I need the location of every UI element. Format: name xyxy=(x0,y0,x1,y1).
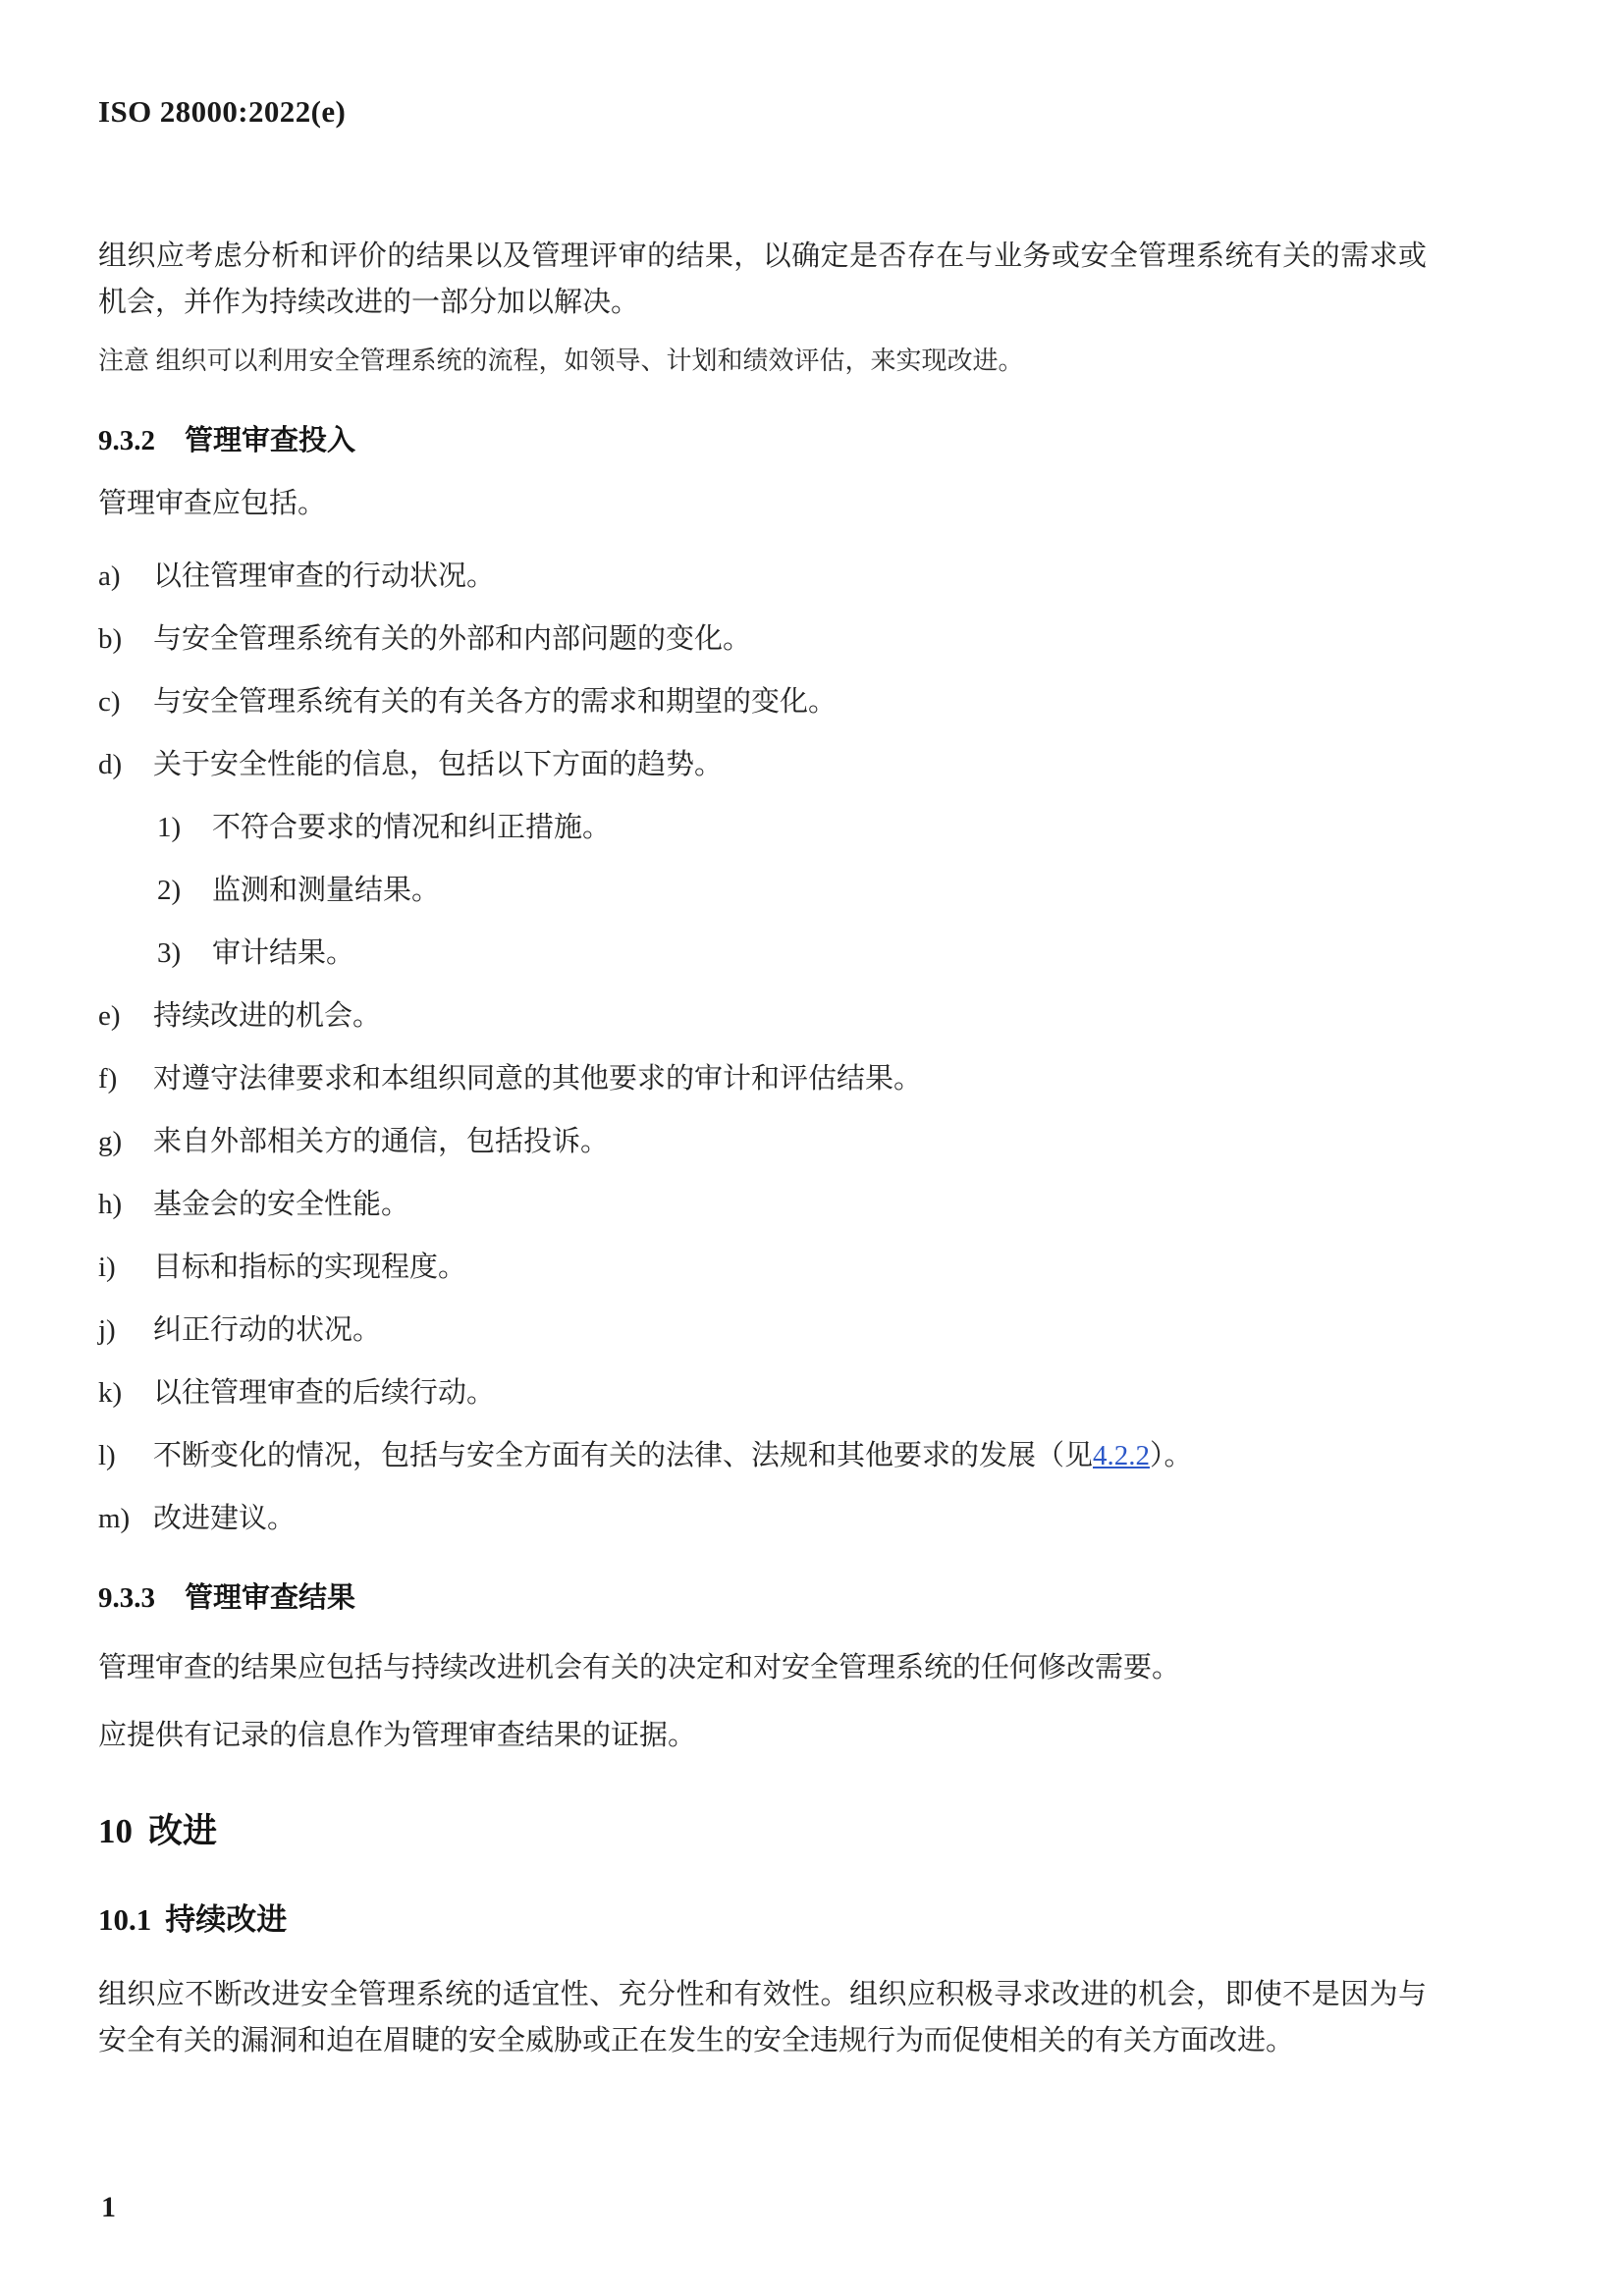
list-item-h: h) 基金会的安全性能。 xyxy=(98,1185,1427,1224)
clause-title: 持续改进 xyxy=(165,1902,287,1937)
list-marker: l) xyxy=(98,1436,153,1475)
list-item-k: k) 以往管理审查的后续行动。 xyxy=(98,1373,1427,1413)
list-marker: f) xyxy=(98,1059,153,1098)
list-item-text: 不断变化的情况，包括与安全方面有关的法律、法规和其他要求的发展（见4.2.2）。 xyxy=(153,1436,1427,1475)
list-marker: h) xyxy=(98,1185,153,1224)
clause-link-4-2-2[interactable]: 4.2.2 xyxy=(1093,1440,1150,1471)
heading-10-1: 10.1持续改进 xyxy=(98,1895,1427,1939)
list-item-text: 审计结果。 xyxy=(212,934,1427,973)
list-marker: i) xyxy=(98,1248,153,1287)
list-marker: a) xyxy=(98,557,153,596)
list-item-text: 以往管理审查的后续行动。 xyxy=(153,1373,1427,1413)
list-item-text-after-link: ）。 xyxy=(1150,1440,1193,1471)
paragraph-10-1: 组织应不断改进安全管理系统的适宜性、充分性和有效性。组织应积极寻求改进的机会，即… xyxy=(98,1972,1427,2064)
list-item-m: m) 改进建议。 xyxy=(98,1499,1427,1538)
intro-paragraph: 组织应考虑分析和评价的结果以及管理评审的结果，以确定是否存在与业务或安全管理系统… xyxy=(98,234,1427,326)
heading-9-3-3: 9.3.3管理审查结果 xyxy=(98,1575,1427,1616)
list-item-text: 改进建议。 xyxy=(153,1499,1427,1538)
clause-title: 管理审查投入 xyxy=(185,425,355,456)
list-item-text: 与安全管理系统有关的外部和内部问题的变化。 xyxy=(153,619,1427,659)
list-item-e: e) 持续改进的机会。 xyxy=(98,996,1427,1036)
list-item-j: j) 纠正行动的状况。 xyxy=(98,1310,1427,1350)
list-marker: 2) xyxy=(157,871,212,910)
list-item-l: l) 不断变化的情况，包括与安全方面有关的法律、法规和其他要求的发展（见4.2.… xyxy=(98,1436,1427,1475)
clause-number: 9.3.3 xyxy=(98,1582,155,1614)
list-item-text: 监测和测量结果。 xyxy=(212,871,1427,910)
sublist-item-2: 2) 监测和测量结果。 xyxy=(157,871,1427,910)
list-item-d: d) 关于安全性能的信息，包括以下方面的趋势。 xyxy=(98,745,1427,784)
sublist-item-1: 1) 不符合要求的情况和纠正措施。 xyxy=(157,808,1427,847)
list-item-text: 以往管理审查的行动状况。 xyxy=(153,557,1427,596)
list-item-text: 不符合要求的情况和纠正措施。 xyxy=(212,808,1427,847)
heading-9-3-2: 9.3.2管理审查投入 xyxy=(98,418,1427,458)
document-page: ISO 28000:2022(e) 组织应考虑分析和评价的结果以及管理评审的结果… xyxy=(0,0,1623,2296)
list-marker: m) xyxy=(98,1499,153,1538)
paragraph-9-3-3-a: 管理审查的结果应包括与持续改进机会有关的决定和对安全管理系统的任何修改需要。 xyxy=(98,1645,1427,1691)
clause-title: 管理审查结果 xyxy=(185,1582,355,1614)
list-item-a: a) 以往管理审查的行动状况。 xyxy=(98,557,1427,596)
list-marker: g) xyxy=(98,1122,153,1161)
list-item-text-before-link: 不断变化的情况，包括与安全方面有关的法律、法规和其他要求的发展（见 xyxy=(153,1440,1093,1471)
list-item-text: 来自外部相关方的通信，包括投诉。 xyxy=(153,1122,1427,1161)
paragraph-9-3-3-b: 应提供有记录的信息作为管理审查结果的证据。 xyxy=(98,1713,1427,1759)
list-marker: k) xyxy=(98,1373,153,1413)
list-item-f: f) 对遵守法律要求和本组织同意的其他要求的审计和评估结果。 xyxy=(98,1059,1427,1098)
list-item-text: 持续改进的机会。 xyxy=(153,996,1427,1036)
document-id: ISO 28000:2022(e) xyxy=(98,94,1427,130)
lead-sentence: 管理审查应包括。 xyxy=(98,484,1427,523)
list-marker: j) xyxy=(98,1310,153,1350)
list-item-text: 纠正行动的状况。 xyxy=(153,1310,1427,1350)
page-number: 1 xyxy=(101,2191,116,2224)
list-item-text: 关于安全性能的信息，包括以下方面的趋势。 xyxy=(153,745,1427,784)
list-item-c: c) 与安全管理系统有关的有关各方的需求和期望的变化。 xyxy=(98,682,1427,721)
list-marker: e) xyxy=(98,996,153,1036)
list-marker: 1) xyxy=(157,808,212,847)
list-item-b: b) 与安全管理系统有关的外部和内部问题的变化。 xyxy=(98,619,1427,659)
list-item-text: 基金会的安全性能。 xyxy=(153,1185,1427,1224)
sublist-d: 1) 不符合要求的情况和纠正措施。 2) 监测和测量结果。 3) 审计结果。 xyxy=(157,808,1427,973)
list-marker: b) xyxy=(98,619,153,659)
list-item-g: g) 来自外部相关方的通信，包括投诉。 xyxy=(98,1122,1427,1161)
list-marker: 3) xyxy=(157,934,212,973)
management-review-input-list: a) 以往管理审查的行动状况。 b) 与安全管理系统有关的外部和内部问题的变化。… xyxy=(98,557,1427,1538)
list-item-text: 与安全管理系统有关的有关各方的需求和期望的变化。 xyxy=(153,682,1427,721)
clause-title: 改进 xyxy=(148,1812,217,1850)
list-marker: d) xyxy=(98,745,153,784)
clause-number: 10.1 xyxy=(98,1902,151,1937)
list-item-i: i) 目标和指标的实现程度。 xyxy=(98,1248,1427,1287)
list-item-text: 对遵守法律要求和本组织同意的其他要求的审计和评估结果。 xyxy=(153,1059,1427,1098)
clause-number: 9.3.2 xyxy=(98,425,155,456)
list-item-text: 目标和指标的实现程度。 xyxy=(153,1248,1427,1287)
clause-number: 10 xyxy=(98,1812,133,1850)
list-marker: c) xyxy=(98,682,153,721)
note-text: 注意 组织可以利用安全管理系统的流程，如领导、计划和绩效评估，来实现改进。 xyxy=(98,342,1427,381)
heading-10: 10改进 xyxy=(98,1804,1427,1853)
sublist-item-3: 3) 审计结果。 xyxy=(157,934,1427,973)
